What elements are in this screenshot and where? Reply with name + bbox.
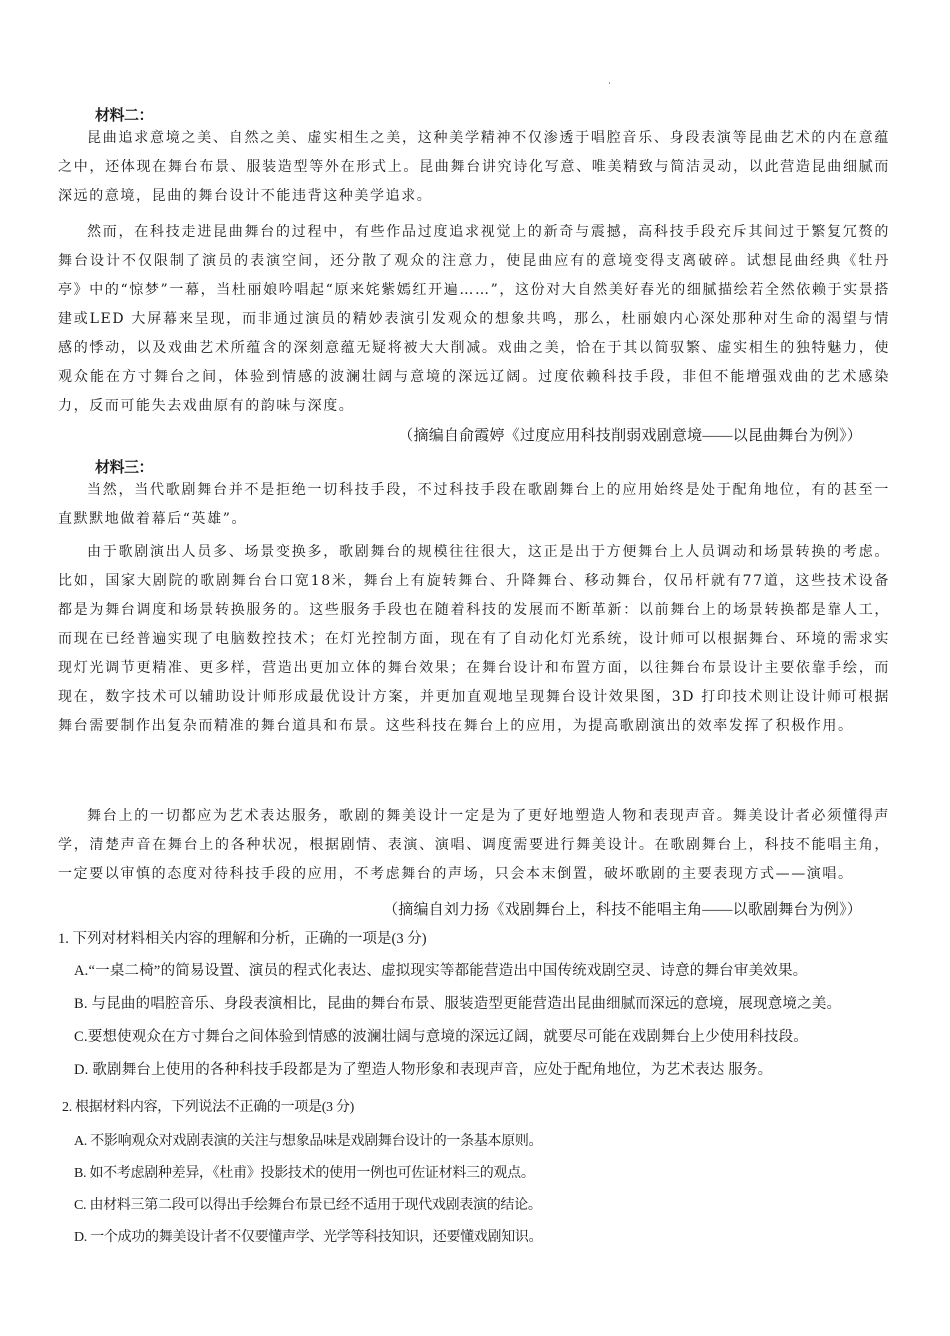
material3-paragraph-2: 由于歌剧演出人员多、场景变换多，歌剧舞台的规模往往很大，这正是出于方便舞台上人员… [58,538,890,741]
material2-source: （摘编自俞霞婷《过度应用科技削弱戏剧意境——以昆曲舞台为例》） [398,424,862,445]
question-1-option-b[interactable]: B. 与昆曲的唱腔音乐、身段表演相比，昆曲的舞台布景、服装造型更能营造出昆曲细腻… [74,992,841,1013]
material3-paragraph-1: 当然，当代歌剧舞台并不是拒绝一切科技手段，不过科技手段在歌剧舞台上的应用始终是处… [58,476,890,534]
question-1-option-c[interactable]: C.要想使观众在方寸舞台之间体验到情感的波澜壮阔与意境的深远辽阔，就要尽可能在戏… [74,1025,808,1046]
question-1-option-d[interactable]: D. 歌剧舞台上使用的各种科技手段都是为了塑造人物形象和表现声音，应处于配角地位… [74,1058,772,1079]
material3-heading: 材料三： [95,456,153,477]
material2-heading: 材料二： [95,104,153,125]
question-1-stem: 1. 下列对材料相关内容的理解和分析，正确的一项是(3 分) [58,927,427,948]
question-1-option-a[interactable]: A.“一桌二椅”的简易设置、演员的程式化表达、虚拟现实等都能营造出中国传统戏剧空… [74,959,807,980]
stray-mark [609,82,610,84]
question-2-option-b[interactable]: B. 如不考虑剧种差异，《杜甫》投影技术的使用一例也可佐证材料三的观点。 [74,1162,535,1182]
material2-paragraph-1: 昆曲追求意境之美、自然之美、虚实相生之美，这种美学精神不仅渗透于唱腔音乐、身段表… [58,124,890,211]
material2-paragraph-2: 然而，在科技走进昆曲舞台的过程中，有些作品过度追求视觉上的新奇与震撼，高科技手段… [58,218,890,421]
question-2-stem: 2. 根据材料内容，下列说法不正确的一项是(3 分) [62,1096,354,1116]
material3-source: （摘编自刘力扬《戏剧舞台上，科技不能唱主角——以歌剧舞台为例》） [383,898,862,919]
question-2-option-d[interactable]: D. 一个成功的舞美设计者不仅要懂声学、光学等科技知识，还要懂戏剧知识。 [74,1226,542,1246]
material3-paragraph-3: 舞台上的一切都应为艺术表达服务，歌剧的舞美设计一定是为了更好地塑造人物和表现声音… [58,802,890,889]
question-2-option-c[interactable]: C. 由材料三第二段可以得出手绘舞台布景已经不适用于现代戏剧表演的结论。 [74,1194,542,1214]
exam-page: 材料二： 昆曲追求意境之美、自然之美、虚实相生之美，这种美学精神不仅渗透于唱腔音… [0,0,950,1336]
question-2-option-a[interactable]: A. 不影响观众对戏剧表演的关注与想象品味是戏剧舞台设计的一条基本原则。 [74,1130,542,1150]
